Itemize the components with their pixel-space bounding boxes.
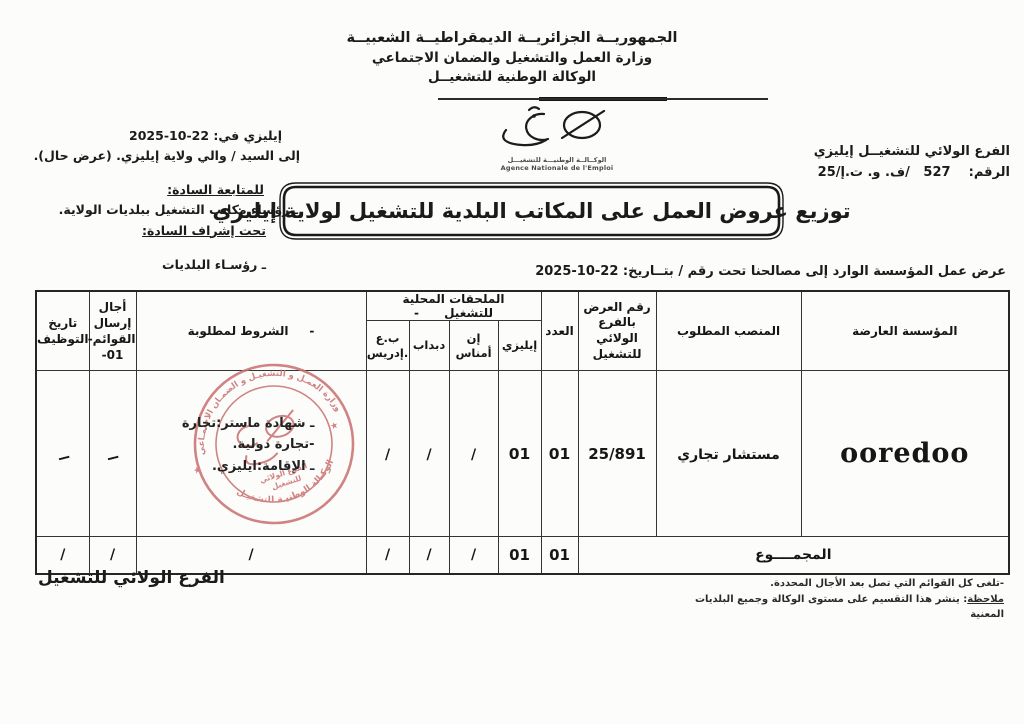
total-conditions: / [248,547,253,563]
header-position: المنصب المطلوب [656,291,801,371]
separator-thin-line [438,98,768,100]
footnotes: -تلغى كل القوائم التي تصل بعد الأجال الم… [694,576,1004,623]
header-annex-bordj-idriss: ب.ع .إدريس [366,321,409,371]
condition-line-1: ـ شهادة ماستر:تجارة -تجارة دولية. [145,413,315,456]
deadline-word-2: إرسال [94,316,132,330]
branch-name-line: الفرع الولائي للتشغيــل إيليزي [814,141,1010,162]
total-deadline: / [110,547,115,563]
logo-caption-arabic: الوكــالــة الوطنيـــة للتشغيـــل [452,156,662,164]
remark-text: : ينشر هذا التقسيم على مستوى الوكالة وجم… [695,594,1004,621]
header-annex-in-amenas: إن أمناس [449,321,498,371]
stamp-star-right: ★ [329,420,340,432]
total-count: 01 [549,546,570,564]
header-local-annexes-group: الملحقات المحلية للتشغيل - [366,291,541,321]
hire-date-dash: ــ [56,444,70,464]
illizi-value: 01 [509,445,531,463]
position-value: مستشار تجاري [677,447,780,463]
total-in-amenas: / [471,547,476,563]
republic-title: الجمهوريــة الجزائريــة الديمقراطيــة ال… [0,30,1024,46]
header-list-deadline: أجال إرسال القوائم- -01 [89,291,136,371]
anem-logo-icon [482,102,632,152]
branch-reference-block: الفرع الولائي للتشغيــل إيليزي الرقم: 52… [814,141,1010,184]
debdeb-value: / [426,447,431,463]
header-hire-date: تاريخ التوظيف [36,291,89,371]
deadline-dash: ــ [105,444,119,464]
follow-up-label: للمتابعة السادة: [36,181,264,199]
header-offer-number: رقم العرض بالفرع الولائي للتشغيل [578,291,656,371]
in-amenas-value: / [471,447,476,463]
place-date-line: إيليزي في: 22-10-2025 [58,127,282,145]
conditions-text: ـ شهادة ماستر:تجارة -تجارة دولية. ـ الإق… [145,413,315,477]
header-separator [438,97,768,100]
main-title-frame: توزيع عروض العمل على المكاتب البلدية للت… [278,180,785,242]
count-value: 01 [549,445,571,463]
addressee-line: إلى السيد / والي ولاية إيليزي. (عرض حال)… [36,147,300,165]
ministry-title: وزارة العمل والتشغيل والضمان الاجتماعي [0,50,1024,66]
reference-number-line: الرقم: 527 /ف. و. ت.إ/25 [814,162,1010,183]
deadline-word-1: أجال [99,300,127,314]
signature-branch: الفرع الولائي للتشغيل [38,568,225,588]
condition-line-2: ـ الإقامة:ايليزي. [145,456,315,477]
offer-subtitle-line: عرض عمل المؤسسة الوارد إلى مصالحنا تحت ر… [535,264,1006,279]
supervision-item: ـ رؤسـاء البلديات [36,256,266,274]
total-illizi: 01 [509,546,530,564]
employer-name: ooredoo [840,438,969,469]
header-annex-debdeb: دبداب [409,321,449,371]
supervision-label: تحت إشراف السادة: [36,222,266,240]
header-employer: المؤسسة العارضة [801,291,1009,371]
footnote-cancellation: -تلغى كل القوائم التي تصل بعد الأجال الم… [694,576,1004,592]
offer-number-value: 25/891 [588,445,646,463]
total-bordj-idriss: / [385,547,390,563]
table-row: ooredoo مستشار تجاري 25/891 01 01 / / / [36,371,1009,537]
anem-logo: الوكــالــة الوطنيـــة للتشغيـــل Agence… [452,102,662,172]
document-header: الجمهوريــة الجزائريــة الديمقراطيــة ال… [0,30,1024,85]
footnote-remark: ملاحظة: ينشر هذا التقسيم على مستوى الوكا… [694,592,1004,623]
agency-title: الوكالة الوطنية للتشغيــل [0,69,1024,85]
header-annex-illizi: إيليزي [498,321,541,371]
deadline-word-4: -01 [102,348,124,362]
total-label: المجمــــوع [578,537,1009,575]
header-count: العدد [541,291,578,371]
distribution-table: المؤسسة العارضة المنصب المطلوب رقم العرض… [35,290,1010,575]
remark-label: ملاحظة [967,594,1004,605]
bordj-idriss-value: / [385,447,390,463]
total-debdeb: / [426,547,431,563]
total-hire-date: / [60,547,65,563]
logo-caption-french: Agence Nationale de l'Emploi [452,164,662,172]
deadline-word-3: القوائم- [88,332,136,346]
scanned-document-page: الجمهوريــة الجزائريــة الديمقراطيــة ال… [0,0,1024,724]
page-title: توزيع عروض العمل على المكاتب البلدية للت… [278,180,785,242]
conditions-cell: وزارة العمـل و التشغيـل و الضمـان الاجتم… [136,371,366,537]
